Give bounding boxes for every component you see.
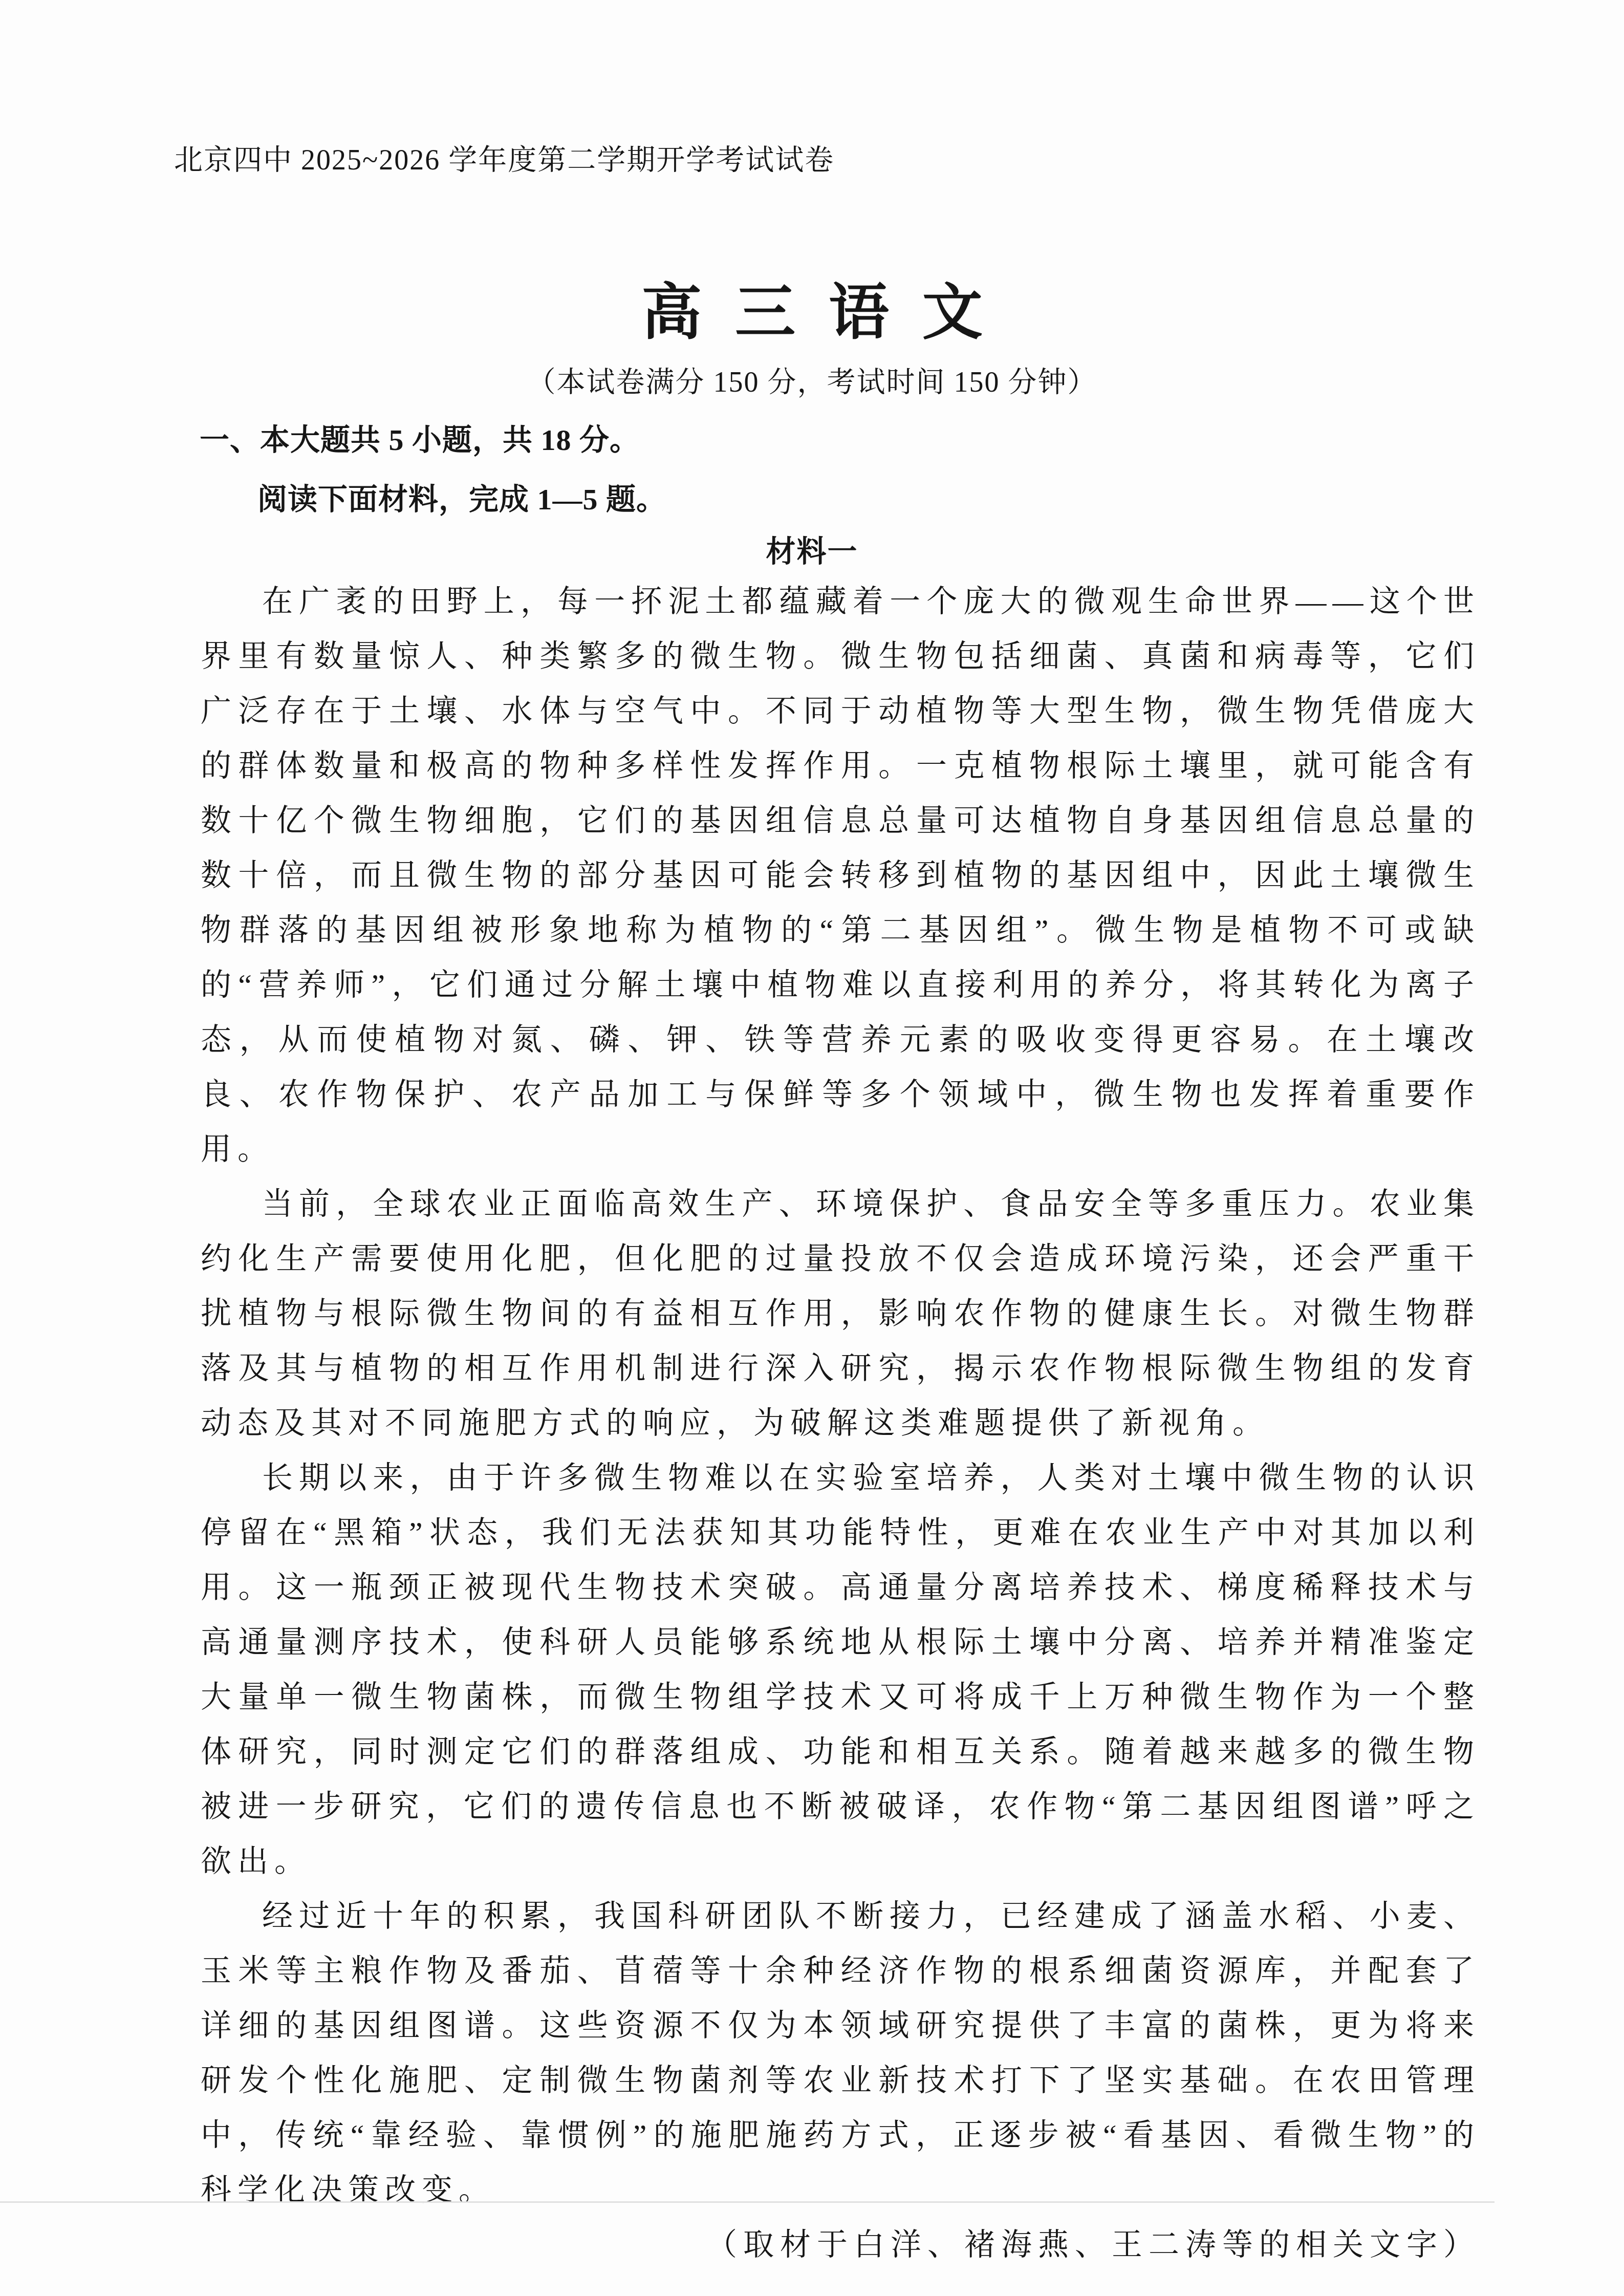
section-one-heading: 一、本大题共 5 小题，共 18 分。 xyxy=(200,416,640,459)
material-one-body: 在广袤的田野上，每一抔泥土都蕴藏着一个庞大的微观生命世界——这个世界里有数量惊人… xyxy=(201,574,1480,2272)
material-paragraph: 经过近十年的积累，我国科研团队不断接力，已经建成了涵盖水稻、小麦、玉米等主粮作物… xyxy=(201,1889,1480,2218)
material-paragraph: 在广袤的田野上，每一抔泥土都蕴藏着一个庞大的微观生命世界——这个世界里有数量惊人… xyxy=(201,574,1480,1177)
reading-instruction: 阅读下面材料，完成 1—5 题。 xyxy=(257,475,666,518)
exam-paper-page: 北京四中 2025~2026 学年度第二学期开学考试试卷 高三语文 （本试卷满分… xyxy=(0,0,1624,2296)
material-paragraph: 长期以来，由于许多微生物难以在实验室培养，人类对土壤中微生物的认识停留在“黑箱”… xyxy=(201,1451,1480,1889)
exam-header: 北京四中 2025~2026 学年度第二学期开学考试试卷 xyxy=(174,137,834,178)
paper-subtitle: （本试卷满分 150 分，考试时间 150 分钟） xyxy=(0,359,1624,400)
page-title: 高三语文 xyxy=(0,264,1624,351)
material-paragraph: 当前，全球农业正面临高效生产、环境保护、食品安全等多重压力。农业集约化生产需要使… xyxy=(201,1177,1480,1451)
material-one-label: 材料一 xyxy=(0,527,1624,570)
source-attribution: （取材于白洋、褚海燕、王二涛等的相关文字） xyxy=(201,2218,1480,2272)
scan-artifact-line xyxy=(0,2201,1495,2203)
